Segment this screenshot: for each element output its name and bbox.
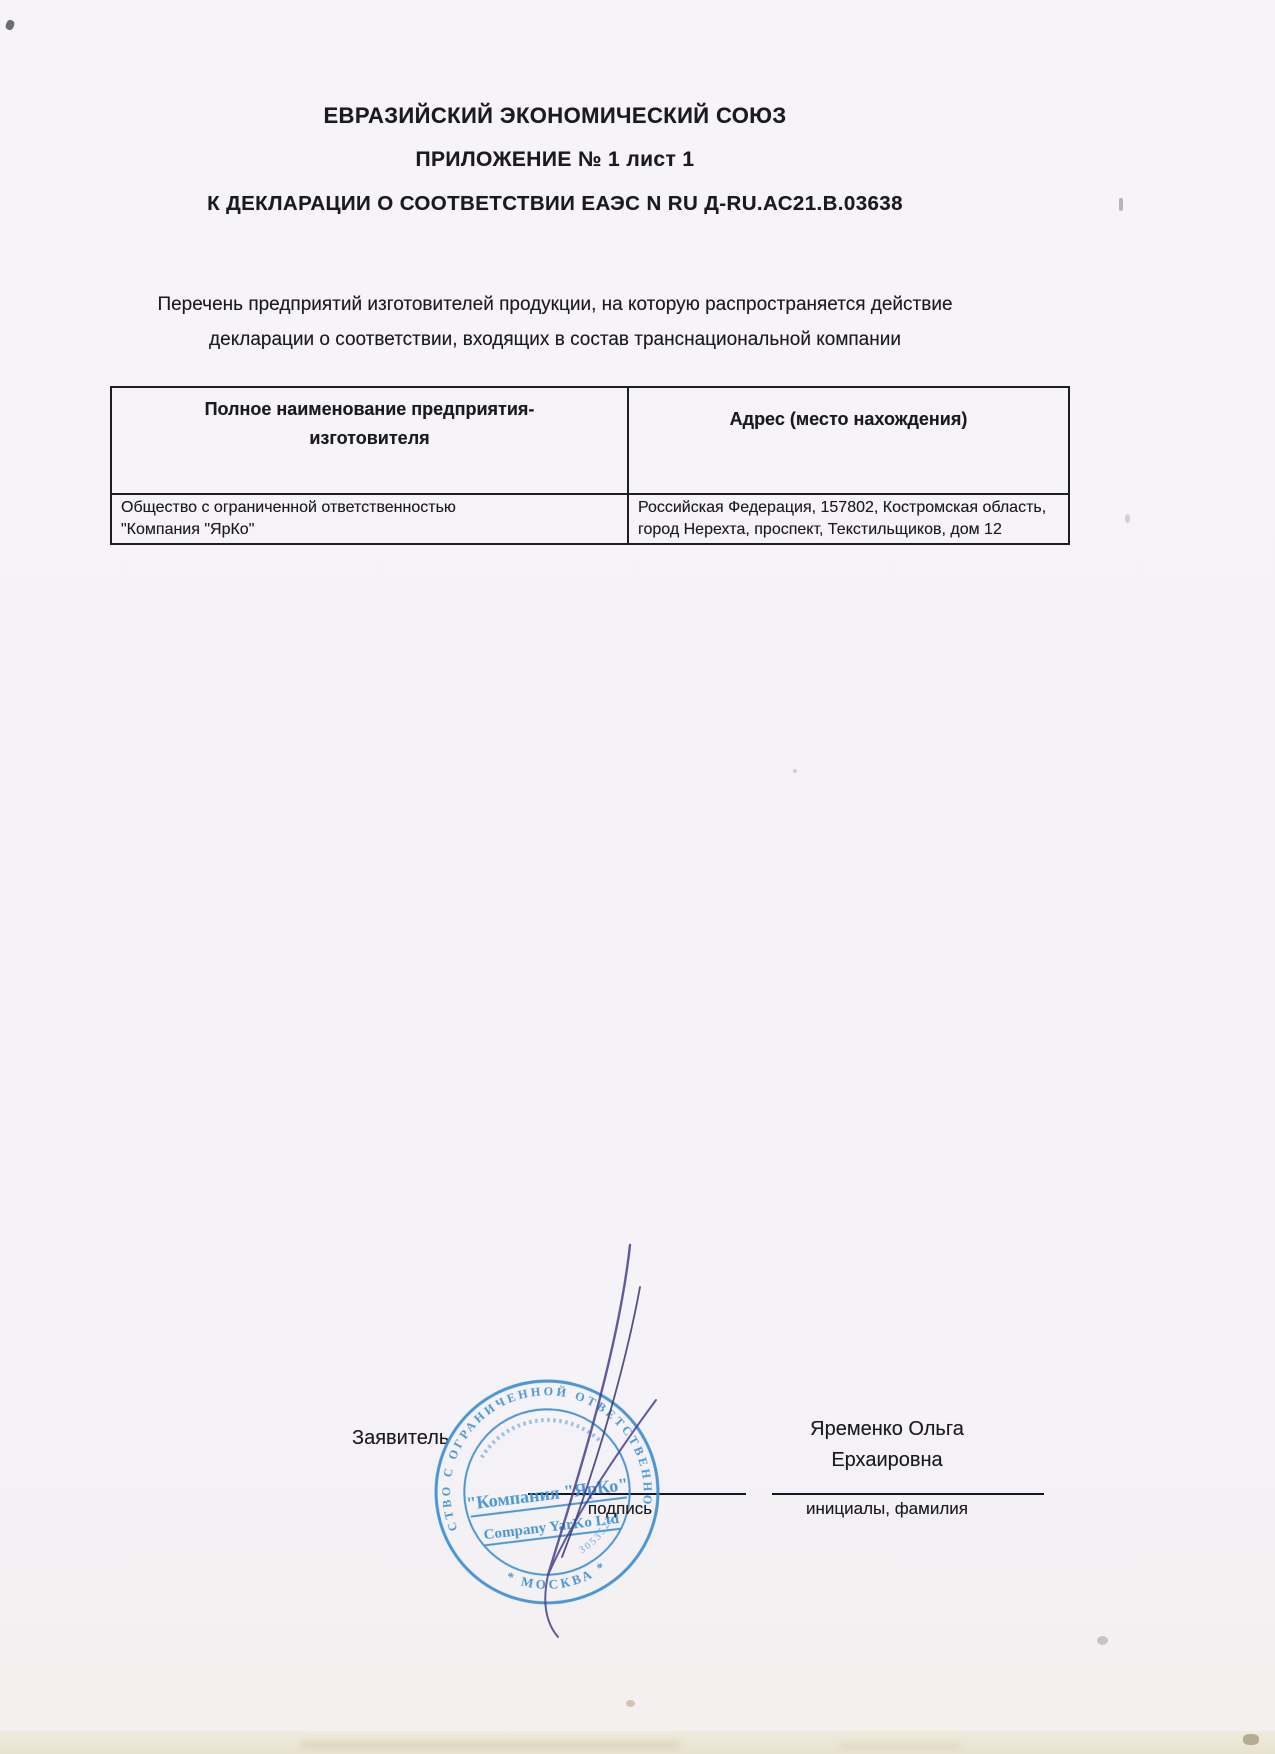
- intro-line-1: Перечень предприятий изготовителей проду…: [60, 294, 1050, 316]
- scan-speck: [1125, 514, 1130, 523]
- applicant-name: Яременко Ольга Ерхаировна: [752, 1414, 1022, 1476]
- name-caption: инициалы, фамилия: [752, 1499, 1022, 1519]
- scanner-edge-smudge: [840, 1742, 960, 1750]
- applicant-name-line-1: Яременко Ольга: [752, 1414, 1022, 1445]
- scan-speck: [1097, 1636, 1108, 1645]
- manufacturers-table: Полное наименование предприятия- изготов…: [110, 386, 1070, 545]
- address-cell: Российская Федерация, 157802, Костромска…: [628, 494, 1069, 544]
- manufacturer-name-cell: Общество с ограниченной ответственностью…: [111, 494, 628, 544]
- address-header: Адрес (место нахождения): [628, 387, 1069, 494]
- scanner-edge-smudge: [300, 1740, 680, 1750]
- scan-speck: [1243, 1734, 1259, 1745]
- table-header-row: Полное наименование предприятия- изготов…: [111, 387, 1069, 494]
- union-title: ЕВРАЗИЙСКИЙ ЭКОНОМИЧЕСКИЙ СОЮЗ: [60, 103, 1050, 129]
- appendix-title: ПРИЛОЖЕНИЕ № 1 лист 1: [60, 148, 1050, 172]
- intro-line-2: декларации о соответствии, входящих в со…: [60, 329, 1050, 351]
- name-line: [772, 1493, 1044, 1495]
- scan-speck: [626, 1700, 635, 1707]
- table-row: Общество с ограниченной ответственностью…: [111, 494, 1069, 544]
- signature-caption: подпись: [520, 1499, 720, 1519]
- applicant-name-line-2: Ерхаировна: [752, 1445, 1022, 1476]
- scan-speck: [5, 19, 16, 31]
- scan-speck: [793, 769, 797, 773]
- scanned-declaration-page: ЕВРАЗИЙСКИЙ ЭКОНОМИЧЕСКИЙ СОЮЗ ПРИЛОЖЕНИ…: [0, 0, 1275, 1754]
- signature-icon: [470, 1225, 710, 1645]
- manufacturer-name-header: Полное наименование предприятия- изготов…: [111, 387, 628, 494]
- scan-speck: [1119, 198, 1123, 211]
- declaration-number-title: К ДЕКЛАРАЦИИ О СООТВЕТСТВИИ ЕАЭС N RU Д-…: [60, 192, 1050, 216]
